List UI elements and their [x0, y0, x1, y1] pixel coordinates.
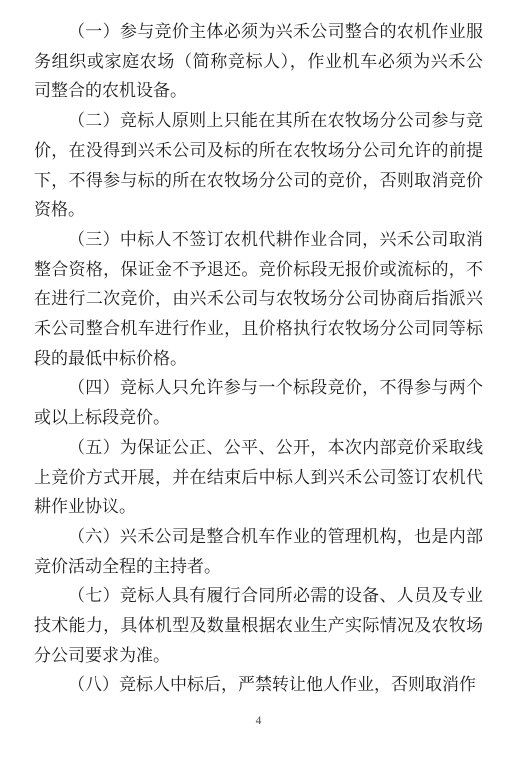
clause-5: （五）为保证公正、公平、公开，本次内部竞价采取线上竞价方式开展，并在结束后中标人… — [34, 433, 483, 522]
document-body: （一）参与竞价主体必须为兴禾公司整合的农机作业服务组织或家庭农场（简称竞标人），… — [34, 17, 483, 700]
clause-8: （八）竞标人中标后，严禁转让他人作业，否则取消作 — [34, 670, 483, 700]
clause-1: （一）参与竞价主体必须为兴禾公司整合的农机作业服务组织或家庭农场（简称竞标人），… — [34, 17, 483, 106]
clause-4: （四）竞标人只允许参与一个标段竞价，不得参与两个或以上标段竞价。 — [34, 373, 483, 432]
clause-7: （七）竞标人具有履行合同所必需的设备、人员及专业技术能力，具体机型及数量根据农业… — [34, 581, 483, 670]
page-number: 4 — [256, 715, 262, 727]
clause-3: （三）中标人不签订农机代耕作业合同，兴禾公司取消整合资格，保证金不予退还。竞价标… — [34, 225, 483, 374]
page-footer: 4 — [0, 711, 517, 729]
clause-6: （六）兴禾公司是整合机车作业的管理机构，也是内部竞价活动全程的主持者。 — [34, 522, 483, 581]
clause-2: （二）竞标人原则上只能在其所在农牧场分公司参与竞价，在没得到兴禾公司及标的所在农… — [34, 106, 483, 225]
